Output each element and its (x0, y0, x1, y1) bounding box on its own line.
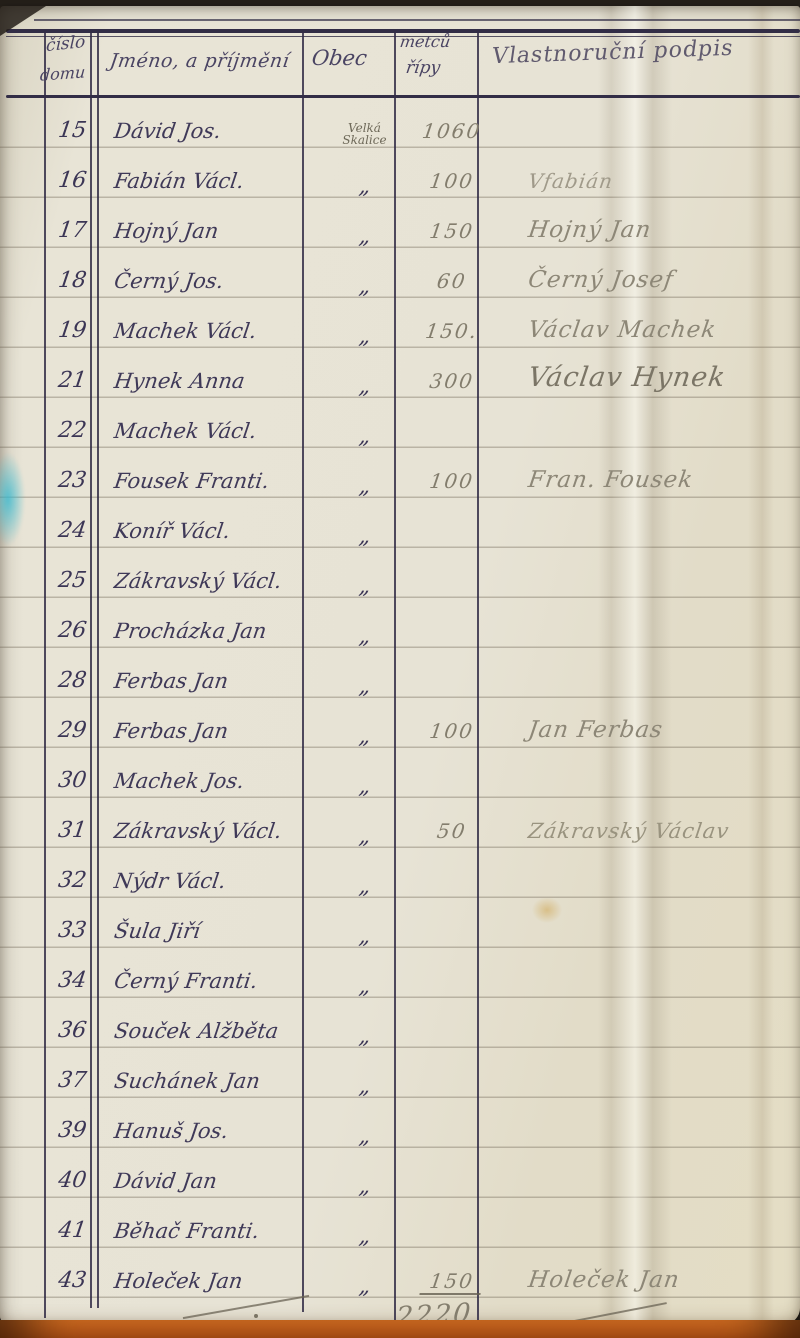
amount-cell: 1060 (409, 119, 494, 148)
house-number-cell: 21 (44, 368, 100, 398)
house-number-cell: 31 (44, 818, 100, 848)
name-cell: Ferbas Jan (96, 719, 320, 748)
municipality-cell: „ (317, 1180, 413, 1198)
signature-cell (492, 1243, 800, 1248)
amount-cell (411, 443, 493, 448)
municipality-cell: „ (317, 530, 413, 548)
municipality-cell: „ (317, 930, 413, 948)
table-row: 30Machek Jos.„ (0, 748, 800, 798)
municipality-cell: VelkáSkalice (318, 122, 411, 148)
column-header-house-number-1: číslo (46, 32, 86, 56)
house-number-cell: 26 (44, 618, 100, 648)
name-cell: Černý Franti. (96, 969, 320, 998)
signature-cell (492, 1143, 800, 1148)
table-row: 26Procházka Jan„ (0, 598, 800, 648)
table-row: 25Zákravský Václ.„ (0, 548, 800, 598)
table-row: 15Dávid Jos.VelkáSkalice1060 (0, 98, 800, 148)
name-cell: Dávid Jan (96, 1169, 320, 1198)
column-header-house-number-2: domu (39, 62, 86, 84)
name-cell: Fabián Václ. (96, 169, 320, 198)
house-number-cell: 30 (44, 768, 100, 798)
table-row: 28Ferbas Jan„ (0, 648, 800, 698)
name-cell: Běhač Franti. (96, 1219, 320, 1248)
amount-cell (411, 943, 493, 948)
table-row: 18Černý Jos.„60Černý Josef (0, 248, 800, 298)
amount-cell (411, 693, 493, 698)
house-number-cell: 22 (44, 418, 100, 448)
signature-cell: Zákravský Václav (490, 819, 800, 848)
signature-cell (492, 443, 800, 448)
amount-cell (411, 593, 493, 598)
amount-cell: 100 (409, 719, 494, 748)
house-number-cell: 18 (44, 268, 100, 298)
signature-cell (492, 1193, 800, 1198)
signature-cell: Václav Hynek (489, 362, 800, 398)
municipality-cell: „ (317, 430, 413, 448)
house-number-cell: 24 (44, 518, 100, 548)
signature-cell (492, 793, 800, 798)
table-row: 34Černý Franti.„ (0, 948, 800, 998)
name-cell: Černý Jos. (96, 269, 320, 298)
signature-cell: Hojný Jan (490, 217, 800, 248)
house-number-cell: 25 (44, 568, 100, 598)
name-cell: Koníř Václ. (96, 519, 320, 548)
name-cell: Dávid Jos. (96, 119, 320, 148)
house-number-cell: 32 (44, 868, 100, 898)
table-body: 15Dávid Jos.VelkáSkalice106016Fabián Vác… (0, 98, 800, 1298)
house-number-cell: 23 (44, 468, 100, 498)
table-row: 17Hojný Jan„150Hojný Jan (0, 198, 800, 248)
municipality-cell: „ (317, 280, 413, 298)
amount-cell (411, 1093, 493, 1098)
amount-cell: 100 (409, 469, 494, 498)
house-number-cell: 37 (44, 1068, 100, 1098)
amount-cell (411, 543, 493, 548)
table-row: 21Hynek Anna„300Václav Hynek (0, 348, 800, 398)
table-row: 37Suchánek Jan„ (0, 1048, 800, 1098)
municipality-cell: „ (317, 1030, 413, 1048)
signature-cell: Vfabián (490, 169, 800, 198)
amount-cell: 60 (409, 269, 494, 298)
municipality-cell: „ (317, 630, 413, 648)
name-cell: Holeček Jan (96, 1269, 320, 1298)
municipality-cell: „ (317, 1080, 413, 1098)
name-cell: Hynek Anna (96, 369, 320, 398)
municipality-cell: „ (317, 1280, 413, 1298)
name-cell: Machek Václ. (96, 419, 320, 448)
signature-cell (492, 543, 800, 548)
municipality-cell: „ (317, 1130, 413, 1148)
column-header-amount-2: řípy (405, 58, 442, 78)
name-cell: Procházka Jan (96, 619, 320, 648)
table-row: 16Fabián Václ.„100Vfabián (0, 148, 800, 198)
municipality-cell: „ (317, 730, 413, 748)
amount-cell (411, 893, 493, 898)
name-cell: Zákravský Václ. (96, 819, 320, 848)
ledger-page: číslo domu Jméno, a příjmění Obec metců … (0, 6, 800, 1324)
house-number-cell: 34 (44, 968, 100, 998)
house-number-cell: 28 (44, 668, 100, 698)
signature-cell (492, 643, 800, 648)
table-row: 40Dávid Jan„ (0, 1148, 800, 1198)
check-mark-name-column (183, 1295, 309, 1319)
table-row: 33Šula Jiří„ (0, 898, 800, 948)
house-number-cell: 15 (44, 118, 100, 148)
municipality-cell: „ (317, 980, 413, 998)
table-row: 23Fousek Franti.„100Fran. Fousek (0, 448, 800, 498)
house-number-cell: 43 (44, 1268, 100, 1298)
name-cell: Hanuš Jos. (96, 1119, 320, 1148)
signature-cell: Holeček Jan (490, 1267, 800, 1298)
column-header-signature: Vlastnoruční podpis (490, 36, 735, 70)
municipality-cell: „ (317, 580, 413, 598)
table-row: 39Hanuš Jos.„ (0, 1098, 800, 1148)
municipality-cell: „ (317, 330, 413, 348)
house-number-cell: 29 (44, 718, 100, 748)
municipality-cell: „ (317, 830, 413, 848)
scanned-ledger-photo: číslo domu Jméno, a příjmění Obec metců … (0, 0, 800, 1338)
table-row: 19Machek Václ.„150.Václav Machek (0, 298, 800, 348)
column-header-municipality: Obec (310, 46, 368, 70)
house-number-cell: 16 (44, 168, 100, 198)
amount-cell: 300 (409, 369, 494, 398)
column-header-amount-1: metců (399, 32, 452, 51)
signature-cell (492, 693, 800, 698)
amount-cell: 100 (409, 169, 494, 198)
name-cell: Machek Jos. (96, 769, 320, 798)
amount-cell (411, 793, 493, 798)
amount-cell: 150. (409, 319, 494, 348)
name-cell: Ferbas Jan (96, 669, 320, 698)
amount-cell (411, 1193, 493, 1198)
municipality-cell: „ (317, 180, 413, 198)
house-number-cell: 17 (44, 218, 100, 248)
book-cover-edge (0, 1320, 800, 1338)
amount-cell: 150 (409, 1269, 494, 1298)
signature-cell (492, 1093, 800, 1098)
house-number-cell: 19 (44, 318, 100, 348)
name-cell: Zákravský Václ. (96, 569, 320, 598)
signature-cell (492, 143, 800, 148)
municipality-cell: „ (317, 380, 413, 398)
name-cell: Fousek Franti. (96, 469, 320, 498)
name-cell: Nýdr Václ. (96, 869, 320, 898)
amount-cell: 150 (409, 219, 494, 248)
amount-cell (411, 1143, 493, 1148)
table-row: 29Ferbas Jan„100Jan Ferbas (0, 698, 800, 748)
amount-cell (411, 1243, 493, 1248)
check-mark-dot (254, 1314, 258, 1318)
house-number-cell: 36 (44, 1018, 100, 1048)
municipality-cell: „ (317, 1230, 413, 1248)
signature-cell (492, 593, 800, 598)
house-number-cell: 33 (44, 918, 100, 948)
name-cell: Machek Václ. (96, 319, 320, 348)
signature-cell: Černý Josef (490, 267, 800, 298)
name-cell: Suchánek Jan (96, 1069, 320, 1098)
name-cell: Šula Jiří (96, 919, 320, 948)
column-header-name: Jméno, a příjmění (108, 50, 290, 72)
municipality-cell: „ (317, 680, 413, 698)
table-row: 36Souček Alžběta„ (0, 998, 800, 1048)
municipality-cell: „ (317, 480, 413, 498)
signature-cell (492, 943, 800, 948)
house-number-cell: 40 (44, 1168, 100, 1198)
municipality-cell: „ (317, 230, 413, 248)
signature-cell: Václav Machek (490, 317, 800, 348)
name-cell: Hojný Jan (96, 219, 320, 248)
signature-cell (492, 893, 800, 898)
signature-cell (492, 993, 800, 998)
amount-cell (411, 1043, 493, 1048)
table-row: 43Holeček Jan„150Holeček Jan (0, 1248, 800, 1298)
table-row: 24Koníř Václ.„ (0, 498, 800, 548)
name-cell: Souček Alžběta (96, 1019, 320, 1048)
signature-cell: Fran. Fousek (490, 467, 800, 498)
table-row: 22Machek Václ.„ (0, 398, 800, 448)
house-number-cell: 41 (44, 1218, 100, 1248)
municipality-cell: „ (317, 880, 413, 898)
amount-cell (411, 643, 493, 648)
municipality-cell: „ (317, 780, 413, 798)
table-row: 31Zákravský Václ.„50Zákravský Václav (0, 798, 800, 848)
table-border-top-thin (34, 19, 800, 21)
house-number-cell: 39 (44, 1118, 100, 1148)
amount-cell: 50 (409, 819, 494, 848)
amount-cell (411, 993, 493, 998)
signature-cell: Jan Ferbas (490, 717, 800, 748)
table-row: 32Nýdr Václ.„ (0, 848, 800, 898)
table-row: 41Běhač Franti.„ (0, 1198, 800, 1248)
signature-cell (492, 1043, 800, 1048)
